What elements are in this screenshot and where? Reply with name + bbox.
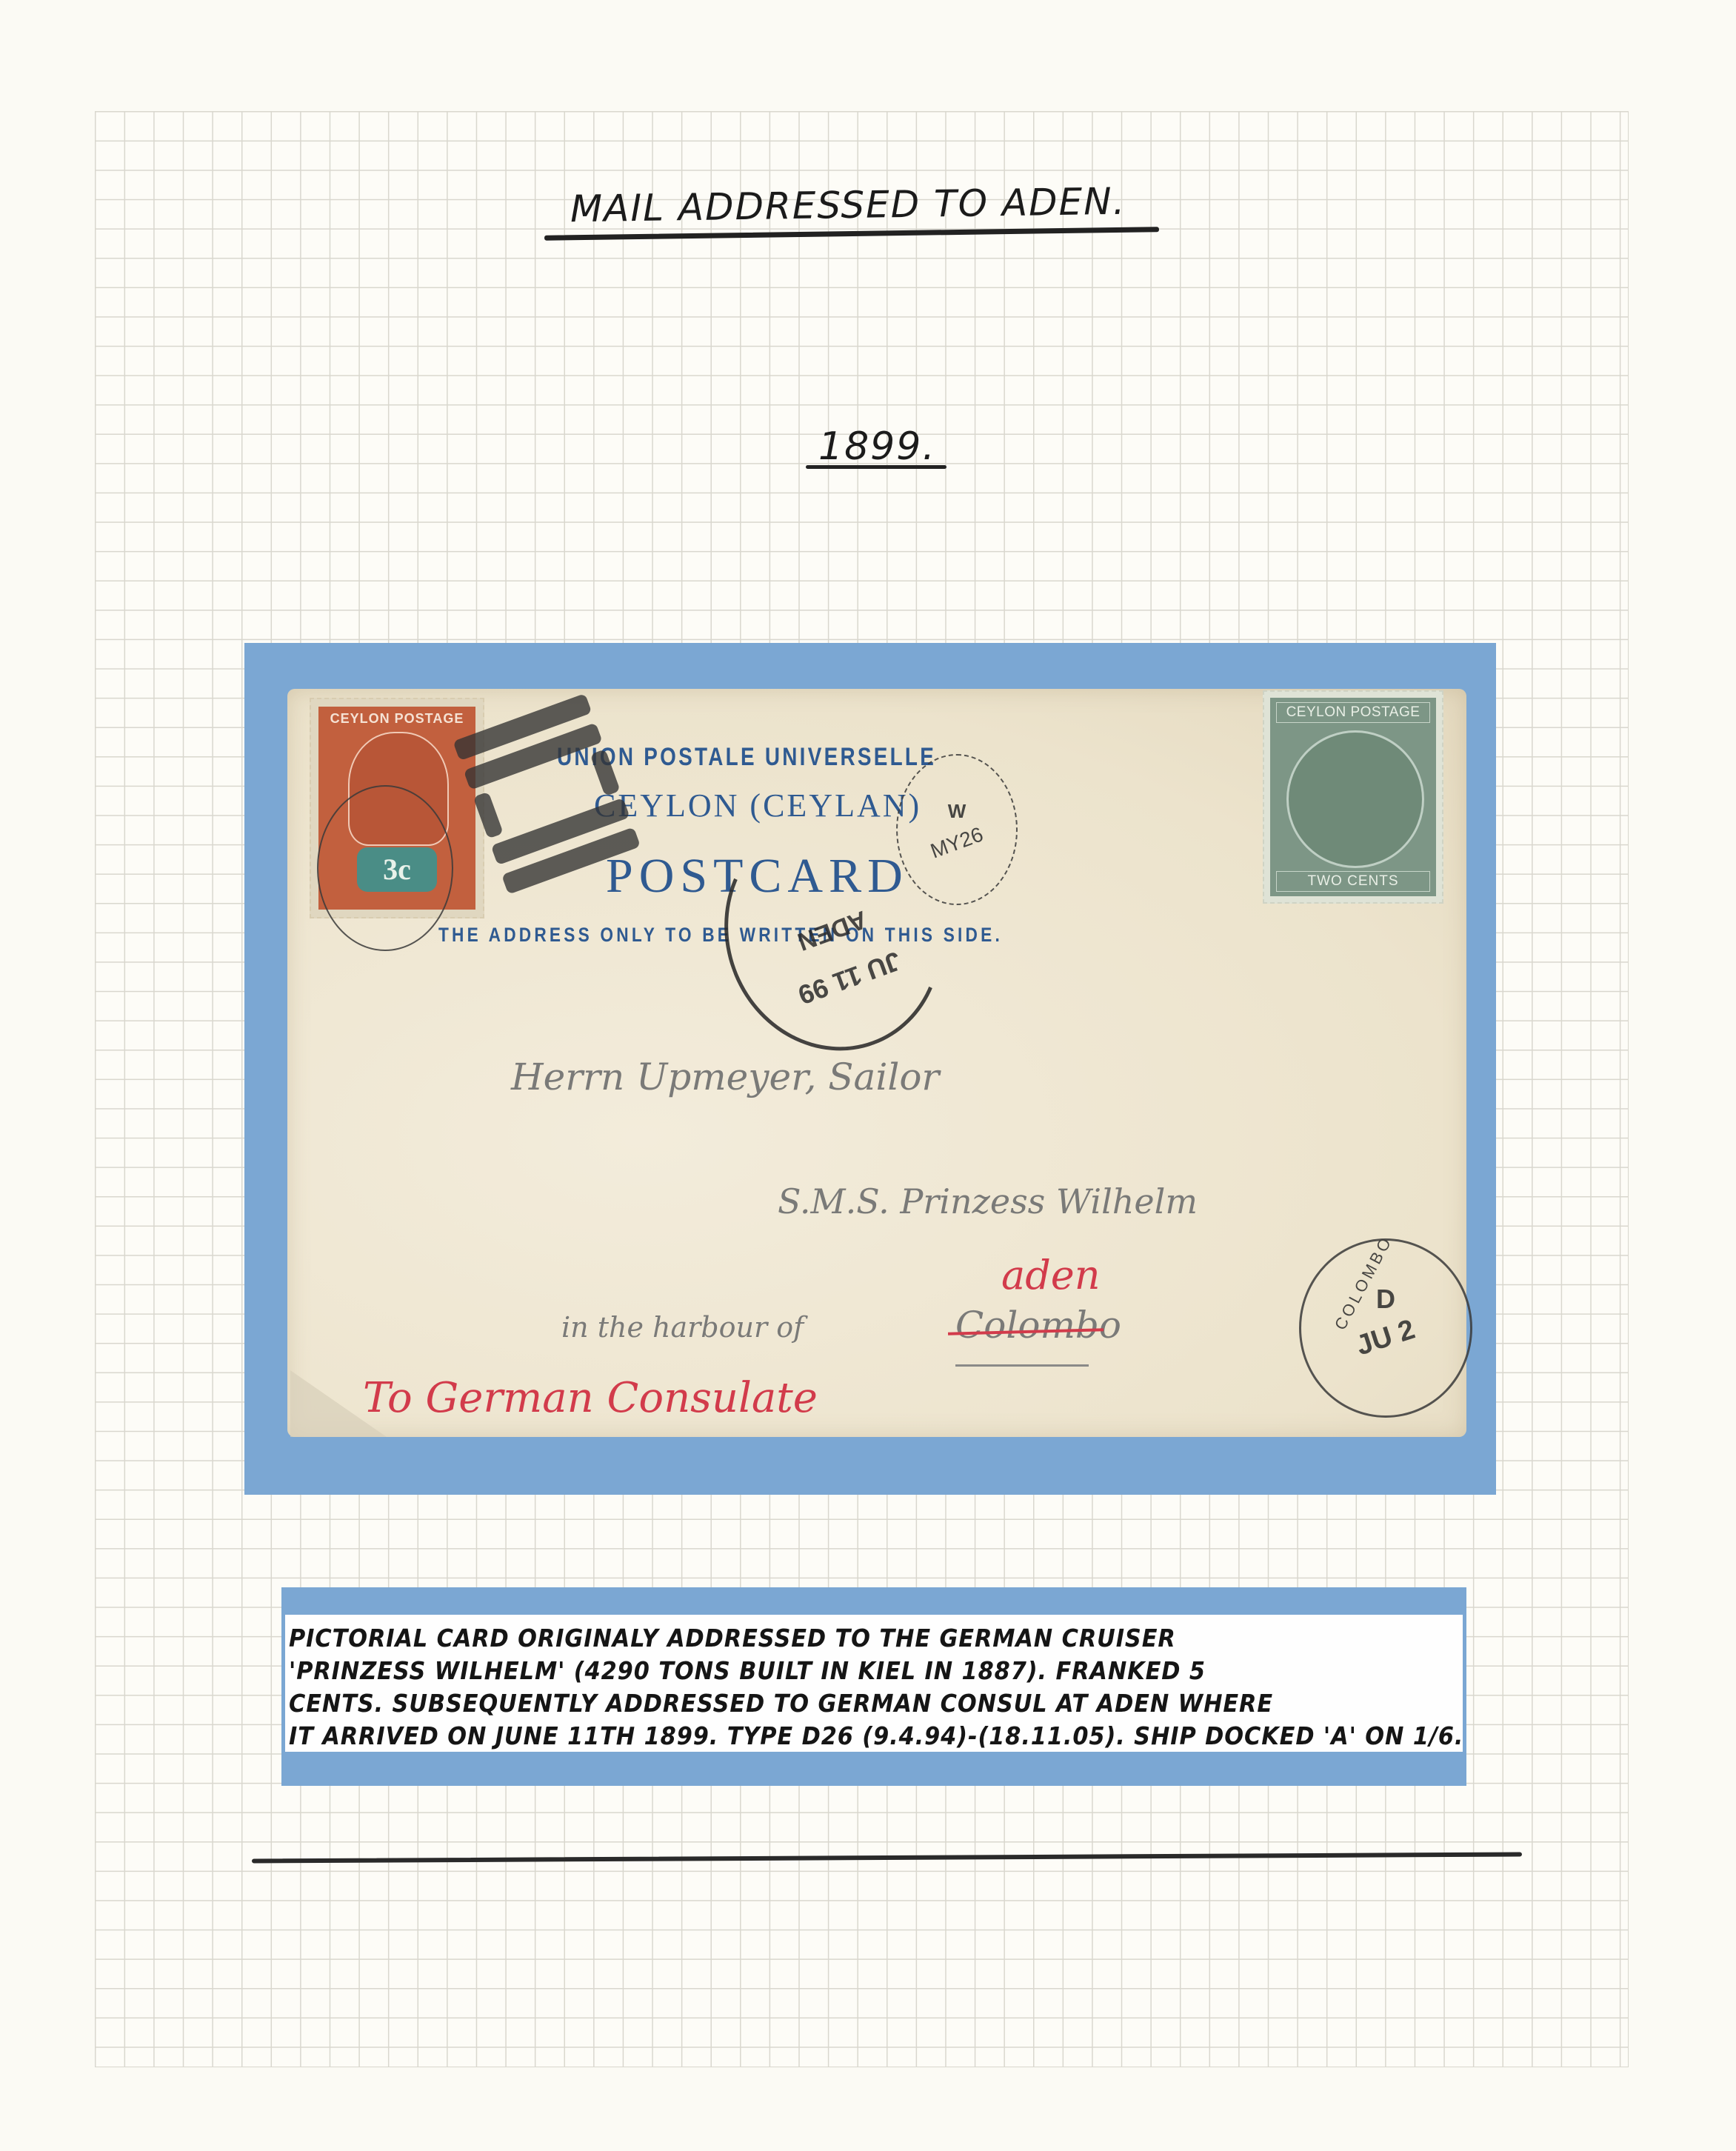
address-german-consulate: To German Consulate	[363, 1374, 818, 1422]
address-harbour: in the harbour of	[561, 1311, 804, 1344]
stamp-label: CEYLON POSTAGE	[1276, 702, 1430, 723]
stamp-value: TWO CENTS	[1276, 871, 1430, 892]
postmark-left	[317, 785, 453, 951]
address-recipient: Herrn Upmeyer, Sailor	[511, 1056, 939, 1098]
description-line: CENTS. SUBSEQUENTLY ADDRESSED TO GERMAN …	[289, 1689, 1273, 1718]
stamp-label: CEYLON POSTAGE	[318, 711, 475, 727]
address-struck-colombo: Colombo	[955, 1304, 1121, 1347]
stamp-2-cents: CEYLON POSTAGE TWO CENTS	[1263, 690, 1443, 904]
year-underline	[806, 465, 947, 469]
postmark-colombo-june: COLOMBO D JU 2	[1299, 1238, 1472, 1418]
description-line: 'PRINZESS WILHELM' (4290 TONS BUILT IN K…	[289, 1656, 1206, 1685]
queen-portrait-icon	[1286, 730, 1424, 868]
year-heading: 1899.	[818, 424, 936, 469]
address-redirect-aden: aden	[1001, 1252, 1101, 1298]
page-title: MAIL ADDRESSED TO ADEN.	[570, 180, 1126, 230]
address-ship: S.M.S. Prinzess Wilhelm	[778, 1181, 1198, 1221]
description-line: IT ARRIVED ON JUNE 11TH 1899. TYPE D26 (…	[289, 1721, 1463, 1750]
stamp-frame: CEYLON POSTAGE TWO CENTS	[1270, 698, 1436, 896]
description-line: PICTORIAL CARD ORIGINALY ADDRESSED TO TH…	[289, 1624, 1176, 1653]
pencil-underline	[955, 1364, 1089, 1367]
